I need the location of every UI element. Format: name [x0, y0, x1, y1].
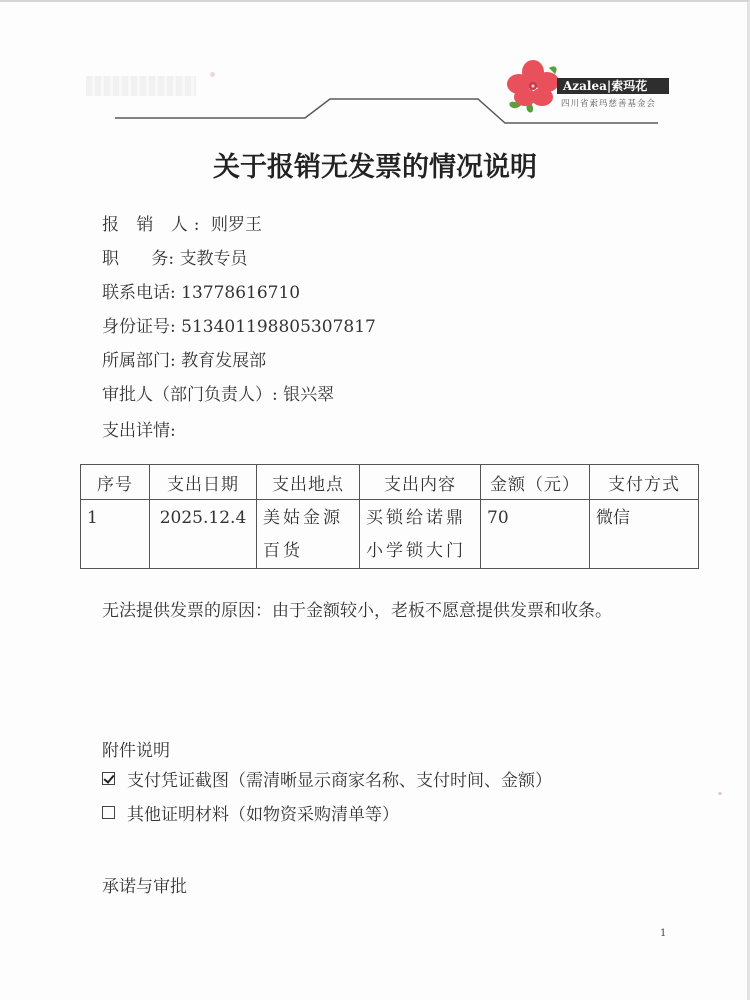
field-label: 支出详情: [102, 420, 176, 442]
field-phone: 联系电话: 13778616710 [102, 282, 300, 304]
logo-brand-text: Azalea|索玛花 [557, 78, 669, 94]
attachment-label: 其他证明材料（如物资采购清单等） [127, 800, 399, 825]
faded-watermark [86, 76, 196, 96]
col-header-payment-method: 支付方式 [590, 465, 699, 500]
field-value: 则罗王 [211, 214, 262, 236]
field-id-number: 身份证号: 513401198805307817 [102, 316, 376, 338]
cell-payment-method: 微信 [590, 500, 699, 569]
logo-brand-en: Azalea [563, 79, 607, 93]
cell-date: 2025.12.4 [150, 500, 257, 569]
field-value: 13778616710 [181, 282, 300, 304]
azalea-flower-icon [505, 58, 563, 114]
field-department: 所属部门: 教育发展部 [102, 350, 266, 372]
field-value: 教育发展部 [181, 350, 266, 372]
field-label: 职 务: [102, 248, 174, 270]
field-value: 支教专员 [180, 248, 248, 270]
col-header-amount: 金额（元） [481, 465, 590, 500]
cell-content: 买锁给诺鼎小学锁大门 [360, 500, 481, 569]
attachments-title: 附件说明 [102, 736, 170, 761]
field-label: 所属部门: [102, 350, 176, 372]
checkbox-unchecked-icon[interactable] [102, 806, 115, 819]
field-value: 513401198805307817 [181, 316, 376, 338]
attachment-label: 支付凭证截图（需清晰显示商家名称、支付时间、金额） [127, 766, 552, 791]
field-expense-details: 支出详情: [102, 420, 176, 442]
field-label: 报 销 人: [102, 214, 206, 236]
logo-brand-cn: 索玛花 [611, 79, 647, 93]
col-header-location: 支出地点 [257, 465, 360, 500]
logo-subtitle: 四川省索玛慈善基金会 [561, 97, 656, 109]
checkbox-checked-icon[interactable] [102, 772, 115, 785]
table-row: 1 2025.12.4 美姑金源百货 买锁给诺鼎小学锁大门 70 微信 [81, 500, 699, 569]
col-header-content: 支出内容 [360, 465, 481, 500]
document-page: Azalea|索玛花 四川省索玛慈善基金会 关于报销无发票的情况说明 报 销 人… [0, 0, 750, 1000]
table-header-row: 序号 支出日期 支出地点 支出内容 金额（元） 支付方式 [81, 465, 699, 500]
cell-amount: 70 [481, 500, 590, 569]
field-label: 审批人（部门负责人）: [102, 384, 278, 406]
field-approver: 审批人（部门负责人）: 银兴翠 [102, 384, 334, 406]
commitment-title: 承诺与审批 [102, 872, 187, 897]
cell-location: 美姑金源百货 [257, 500, 360, 569]
field-reimburser: 报 销 人: 则罗王 [102, 214, 262, 236]
attachment-item-payment-screenshot: 支付凭证截图（需清晰显示商家名称、支付时间、金额） [102, 766, 552, 791]
scan-speck [210, 72, 215, 77]
attachment-item-other-proof: 其他证明材料（如物资采购清单等） [102, 800, 399, 825]
page-number: 1 [660, 928, 666, 939]
document-title: 关于报销无发票的情况说明 [0, 145, 750, 184]
foundation-logo: Azalea|索玛花 四川省索玛慈善基金会 [505, 58, 670, 114]
field-value: 银兴翠 [283, 384, 334, 406]
cell-index: 1 [81, 500, 150, 569]
field-label: 联系电话: [102, 282, 176, 304]
scan-speck [718, 792, 722, 795]
no-invoice-reason: 无法提供发票的原因：由于金额较小，老板不愿意提供发票和收条。 [102, 596, 612, 621]
expense-table: 序号 支出日期 支出地点 支出内容 金额（元） 支付方式 1 2025.12.4… [80, 464, 699, 569]
field-position: 职 务: 支教专员 [102, 248, 248, 270]
field-label: 身份证号: [102, 316, 176, 338]
col-header-index: 序号 [81, 465, 150, 500]
col-header-date: 支出日期 [150, 465, 257, 500]
